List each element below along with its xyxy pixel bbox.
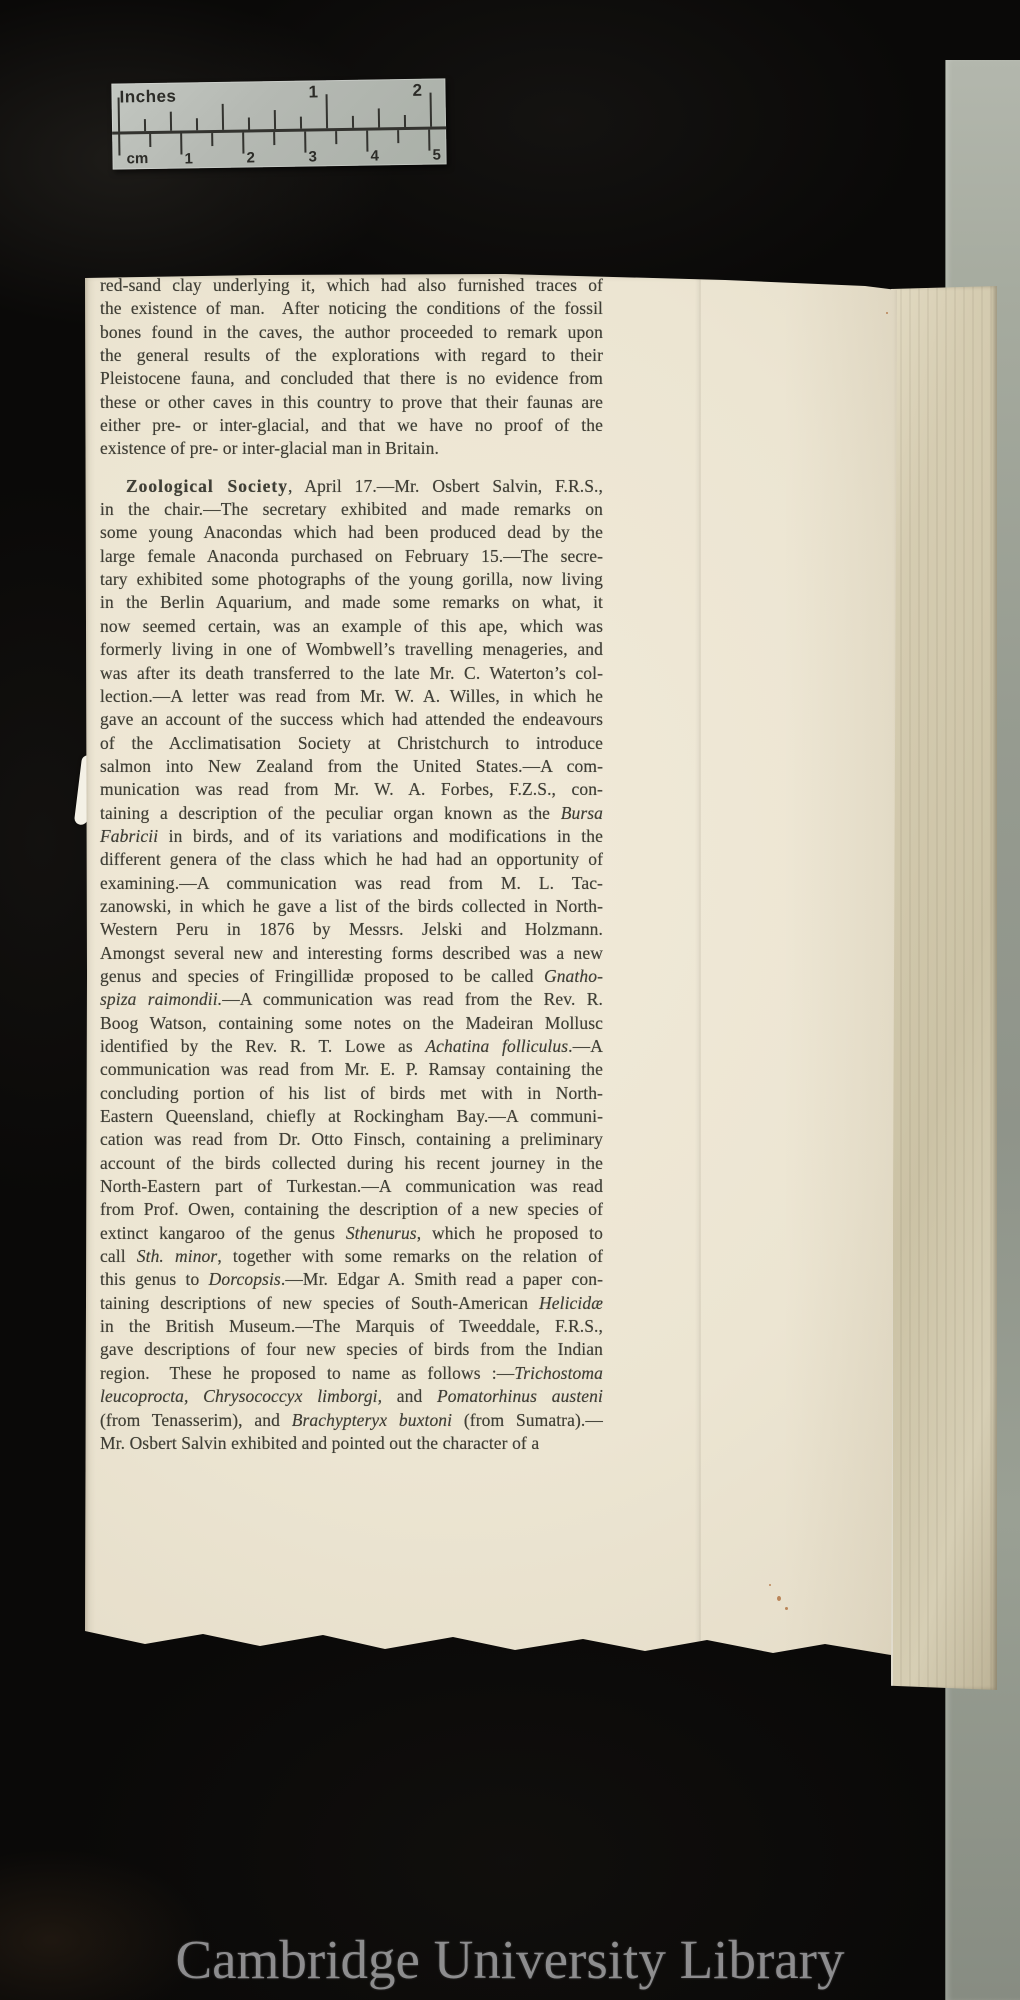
text-line: some young Anacondas which had been prod…: [100, 521, 603, 544]
text-line: these or other caves in this country to …: [100, 391, 603, 414]
text-line: extinct kangaroo of the genus Sthenurus,…: [100, 1222, 603, 1245]
scale-tick: [430, 93, 433, 127]
ruler-cm-ticks: [111, 78, 445, 83]
text-line: genus and species of Fringillidæ propose…: [100, 965, 603, 988]
ruler-number: 2: [412, 81, 422, 101]
ruler-inches-label: Inches: [119, 87, 176, 108]
ruler-number: 3: [308, 148, 317, 165]
scale-tick: [352, 116, 354, 128]
paragraph: Zoological Society, April 17.—Mr. Osbert…: [100, 475, 603, 1455]
text-line: gave descriptions of four new species of…: [100, 1338, 603, 1361]
scale-tick: [248, 117, 250, 129]
foxing-dot: [785, 1607, 788, 1610]
scale-tick: [274, 110, 276, 129]
text-line: existence of pre- or inter-glacial man i…: [100, 437, 603, 460]
text-line: in the chair.—The secretary exhibited an…: [100, 498, 603, 521]
text-line: this genus to Dorcopsis.—Mr. Edgar A. Sm…: [100, 1268, 603, 1291]
text-column: red-sand clay underlying it, which had a…: [100, 274, 603, 1455]
text-line: Fabricii in birds, and of its variations…: [100, 825, 603, 848]
scale-tick: [300, 117, 302, 129]
text-line: examining.—A communication was read from…: [100, 872, 603, 895]
text-line: large female Anaconda purchased on Febru…: [100, 545, 603, 568]
scale-tick: [170, 112, 172, 131]
ruler-number: 2: [246, 149, 255, 166]
measurement-ruler: Inches 1212345 cm: [111, 78, 446, 169]
photo-backdrop: Inches 1212345 cm red-sand clay underlyi…: [0, 0, 1020, 2000]
ruler-number: 5: [432, 146, 441, 163]
text-line: region. These he proposed to name as fol…: [100, 1362, 603, 1385]
text-line: spiza raimondii.—A communication was rea…: [100, 988, 603, 1011]
text-line: communication was read from Mr. E. P. Ra…: [100, 1058, 603, 1081]
text-line: Amongst several new and interesting form…: [100, 942, 603, 965]
text-line: was after its death transferred to the l…: [100, 662, 603, 685]
text-line: different genera of the class which he h…: [100, 848, 603, 871]
text-line: cation was read from Dr. Otto Finsch, co…: [100, 1128, 603, 1151]
text-line: formerly living in one of Wombwell’s tra…: [100, 638, 603, 661]
scale-tick: [404, 115, 406, 127]
text-line: tary exhibited some photographs of the y…: [100, 568, 603, 591]
book-fore-edge: [891, 286, 997, 1690]
text-line: gave an account of the success which had…: [100, 708, 603, 731]
scale-tick: [428, 130, 430, 151]
ruler-number: 1: [308, 82, 318, 102]
ruler-cm-label: cm: [126, 150, 148, 167]
scale-tick: [304, 132, 306, 153]
text-line: account of the birds collected during hi…: [100, 1152, 603, 1175]
text-line: either pre- or inter-glacial, and that w…: [100, 414, 603, 437]
text-line: North-Eastern part of Turkestan.—A commu…: [100, 1175, 603, 1198]
text-line: Western Peru in 1876 by Messrs. Jelski a…: [100, 918, 603, 941]
text-line: munication was read from Mr. W. A. Forbe…: [100, 778, 603, 801]
text-line: the general results of the explorations …: [100, 344, 603, 367]
text-line: Zoological Society, April 17.—Mr. Osbert…: [100, 475, 603, 498]
text-line: lection.—A letter was read from Mr. W. A…: [100, 685, 603, 708]
document-page: red-sand clay underlying it, which had a…: [85, 274, 897, 1662]
text-line: (from Tenasserim), and Brachypteryx buxt…: [100, 1409, 603, 1432]
text-line: Boog Watson, containing some notes on th…: [100, 1012, 603, 1035]
scale-tick: [242, 133, 244, 154]
text-line: bones found in the caves, the author pro…: [100, 321, 603, 344]
scale-tick: [211, 133, 213, 146]
text-line: Pleistocene fauna, and concluded that th…: [100, 367, 603, 390]
ruler-numbers: 1212345: [111, 78, 445, 83]
text-line: identified by the Rev. R. T. Lowe as Ach…: [100, 1035, 603, 1058]
library-watermark: Cambridge University Library: [0, 1928, 1020, 1991]
text-line: taining a description of the peculiar or…: [100, 802, 603, 825]
text-line: now seemed certain, was an example of th…: [100, 615, 603, 638]
text-line: concluding portion of his list of birds …: [100, 1082, 603, 1105]
scale-tick: [366, 131, 368, 152]
text-line: from Prof. Owen, containing the descript…: [100, 1198, 603, 1221]
foxing-dot: [886, 312, 888, 314]
scale-tick: [196, 118, 198, 130]
ruler-number: 1: [184, 150, 193, 167]
foxing-dot: [777, 1596, 781, 1601]
text-line: of the Acclimatisation Society at Christ…: [100, 732, 603, 755]
text-line: Mr. Osbert Salvin exhibited and pointed …: [100, 1432, 603, 1455]
text-line: taining descriptions of new species of S…: [100, 1292, 603, 1315]
scale-tick: [149, 134, 151, 147]
scale-tick: [335, 131, 337, 144]
text-line: leucoprocta, Chrysococcyx limborgi, and …: [100, 1385, 603, 1408]
text-line: in the Berlin Aquarium, and made some re…: [100, 591, 603, 614]
page-crease: [695, 274, 705, 1662]
ruler-number: 4: [370, 147, 379, 164]
text-line: in the British Museum.—The Marquis of Tw…: [100, 1315, 603, 1338]
scale-tick: [397, 130, 399, 143]
paragraph: red-sand clay underlying it, which had a…: [100, 274, 603, 461]
ruler-midline: [112, 126, 446, 134]
text-line: zanowski, in which he gave a list of the…: [100, 895, 603, 918]
scale-tick: [180, 134, 182, 155]
text-line: salmon into New Zealand from the United …: [100, 755, 603, 778]
ruler-inch-ticks: [111, 78, 445, 83]
scale-tick: [144, 119, 146, 131]
text-line: call Sth. minor, together with some rema…: [100, 1245, 603, 1268]
scale-tick: [326, 94, 329, 128]
foxing-dot: [769, 1584, 771, 1586]
scale-tick: [222, 104, 224, 130]
scale-tick: [378, 108, 380, 127]
scale-tick: [273, 132, 275, 145]
text-line: Eastern Queensland, chiefly at Rockingha…: [100, 1105, 603, 1128]
text-line: red-sand clay underlying it, which had a…: [100, 274, 603, 297]
text-line: the existence of man. After noticing the…: [100, 297, 603, 320]
scale-tick: [118, 134, 120, 155]
